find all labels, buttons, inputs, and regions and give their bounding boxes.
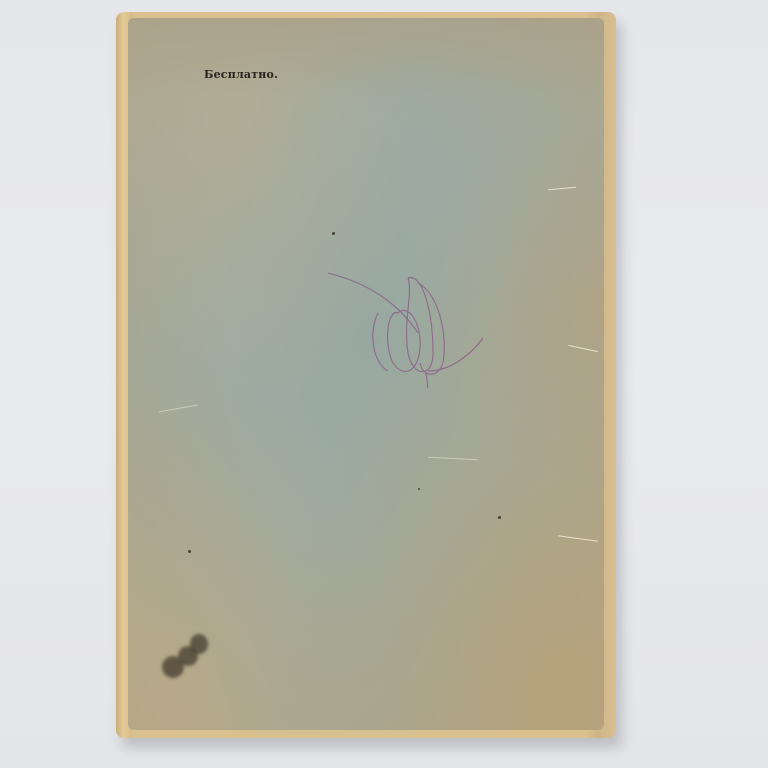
speck (498, 516, 501, 519)
cover-stamp-text: Бесплатно. (204, 68, 278, 81)
signature-icon (308, 253, 508, 403)
speck (418, 488, 420, 490)
edge-tear (548, 187, 576, 190)
cover-top-wear (128, 18, 604, 98)
edge-tear (558, 535, 598, 542)
paper-fiber (158, 405, 198, 413)
edge-tear (568, 345, 598, 352)
book: Бесплатно. (116, 12, 616, 738)
speck (332, 232, 335, 235)
speck (188, 550, 191, 553)
book-cover: Бесплатно. (128, 18, 604, 730)
stain-3 (190, 634, 208, 654)
paper-fiber (428, 457, 478, 461)
